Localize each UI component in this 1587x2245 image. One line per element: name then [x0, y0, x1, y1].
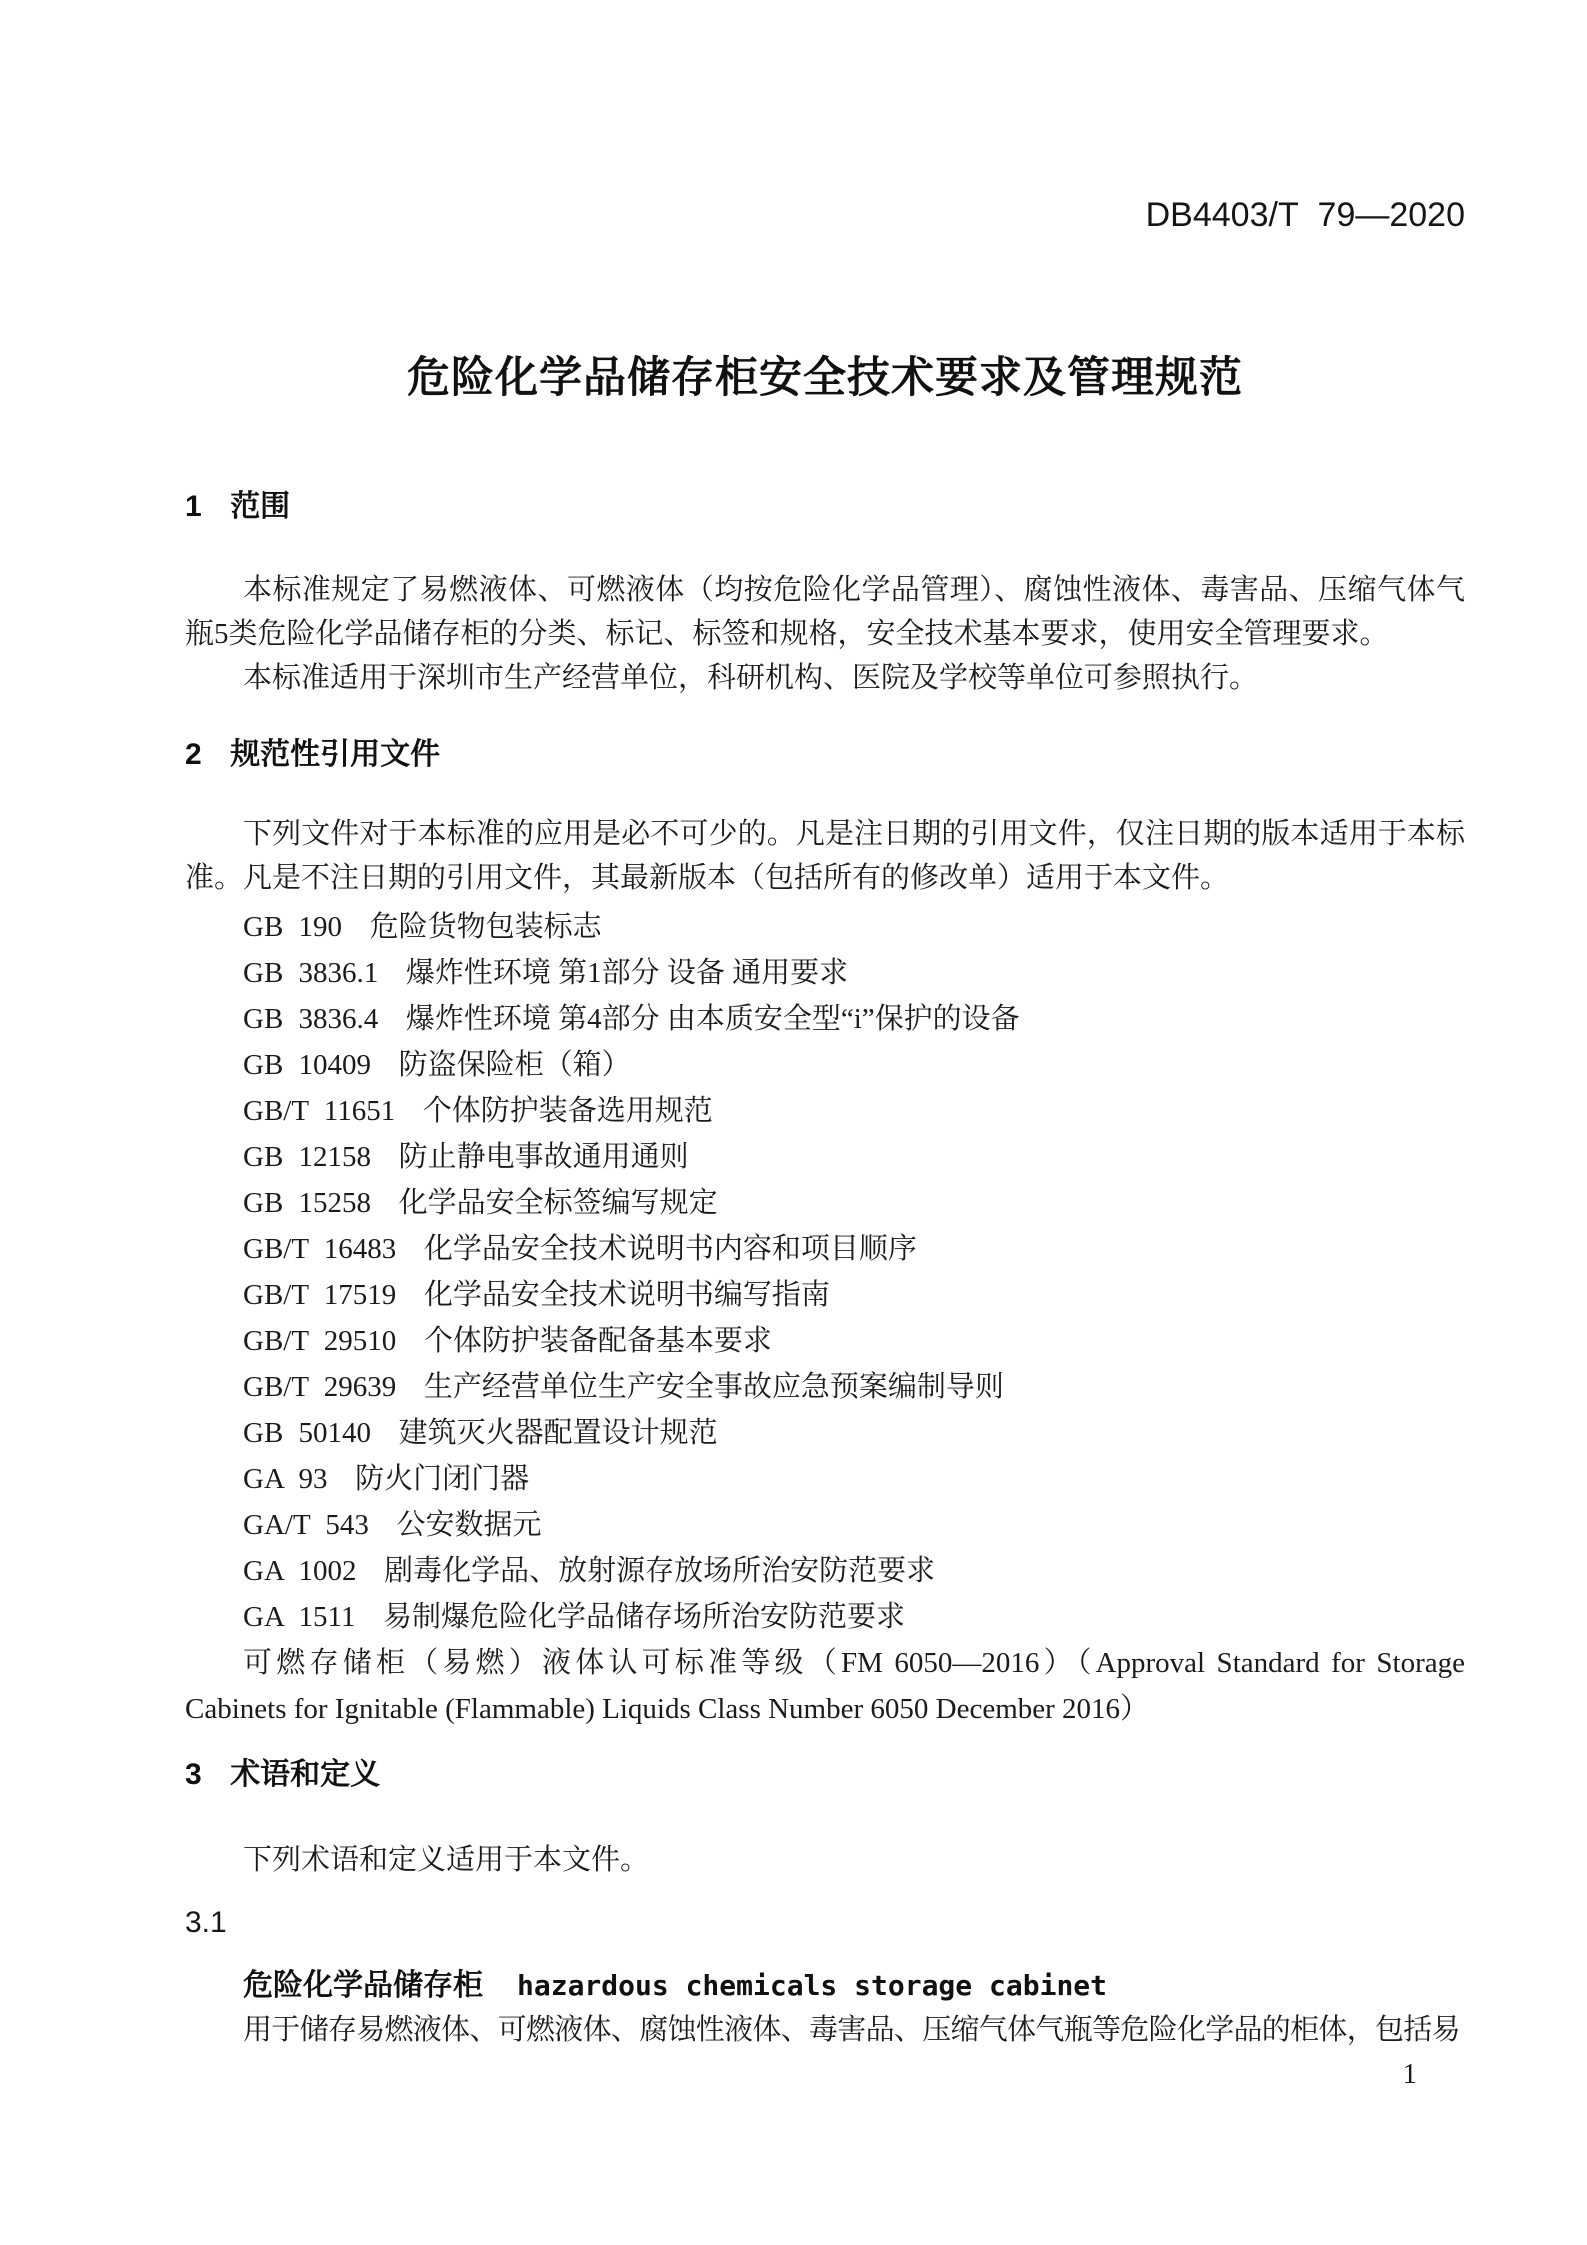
reference-code: GB 15258: [243, 1187, 371, 1219]
section-1-paragraph: 本标准适用于深圳市生产经营单位，科研机构、医院及学校等单位可参照执行。: [185, 656, 1465, 700]
reference-item: GB 50140建筑灭火器配置设计规范: [185, 1410, 1465, 1456]
reference-item: GB 190危险货物包装标志: [185, 904, 1465, 950]
reference-item: GB/T 29639生产经营单位生产安全事故应急预案编制导则: [185, 1364, 1465, 1410]
reference-code: GB 3836.4: [243, 1003, 378, 1035]
reference-title: 公安数据元: [396, 1509, 541, 1541]
reference-code: GA 1002: [243, 1555, 357, 1587]
reference-item: GB 10409防盗保险柜（箱）: [185, 1042, 1465, 1088]
term-en: hazardous chemicals storage cabinet: [517, 1969, 1107, 2002]
term-line: 危险化学品储存柜hazardous chemicals storage cabi…: [185, 1964, 1465, 2008]
section-3-label: 术语和定义: [230, 1758, 380, 1791]
section-2-label: 规范性引用文件: [230, 738, 440, 771]
reference-item: GA 1511易制爆危险化学品储存场所治安防范要求: [185, 1594, 1465, 1640]
reference-title: 剧毒化学品、放射源存放场所治安防范要求: [384, 1555, 935, 1587]
reference-code: GA 1511: [243, 1601, 355, 1633]
reference-code: GB 50140: [243, 1417, 371, 1449]
reference-code: GA/T 543: [243, 1509, 369, 1541]
reference-list: GB 190危险货物包装标志 GB 3836.1爆炸性环境 第1部分 设备 通用…: [185, 904, 1465, 1640]
section-3-intro: 下列术语和定义适用于本文件。: [185, 1838, 1465, 1882]
reference-item: GA/T 543公安数据元: [185, 1502, 1465, 1548]
reference-code: GB 12158: [243, 1141, 371, 1173]
reference-item: GA 1002剧毒化学品、放射源存放场所治安防范要求: [185, 1548, 1465, 1594]
reference-item: GA 93防火门闭门器: [185, 1456, 1465, 1502]
reference-code: GB 3836.1: [243, 957, 378, 989]
reference-code: GB/T 17519: [243, 1279, 396, 1311]
reference-code: GB 190: [243, 911, 342, 943]
reference-title: 防盗保险柜（箱）: [399, 1049, 631, 1081]
reference-title: 危险货物包装标志: [370, 911, 602, 943]
reference-item: GB 15258化学品安全标签编写规定: [185, 1180, 1465, 1226]
reference-code: GB/T 16483: [243, 1233, 396, 1265]
section-2-heading: 2规范性引用文件: [185, 738, 1465, 772]
section-2-number: 2: [185, 738, 202, 771]
reference-item: GB/T 17519化学品安全技术说明书编写指南: [185, 1272, 1465, 1318]
reference-code: GB/T 29639: [243, 1371, 396, 1403]
section-3-heading: 3术语和定义: [185, 1758, 1465, 1792]
reference-title: 易制爆危险化学品储存场所治安防范要求: [383, 1601, 905, 1633]
section-1-heading: 1范围: [185, 490, 1465, 524]
reference-title: 防止静电事故通用通则: [399, 1141, 689, 1173]
term-number: 3.1: [185, 1906, 1465, 1940]
reference-title: 建筑灭火器配置设计规范: [399, 1417, 718, 1449]
reference-item: GB/T 11651个体防护装备选用规范: [185, 1088, 1465, 1134]
section-1-label: 范围: [230, 490, 290, 523]
reference-item: GB 3836.4爆炸性环境 第4部分 由本质安全型“i”保护的设备: [185, 996, 1465, 1042]
reference-item: GB/T 16483化学品安全技术说明书内容和项目顺序: [185, 1226, 1465, 1272]
document-page: DB4403/T 79—2020 危险化学品储存柜安全技术要求及管理规范 1范围…: [0, 0, 1587, 2245]
doc-number: DB4403/T 79—2020: [185, 196, 1465, 234]
term-definition: 用于储存易燃液体、可燃液体、腐蚀性液体、毒害品、压缩气体气瓶等危险化学品的柜体，…: [185, 2008, 1465, 2052]
page-number: 1: [1403, 2058, 1418, 2091]
reference-title: 生产经营单位生产安全事故应急预案编制导则: [424, 1371, 1004, 1403]
page-content: DB4403/T 79—2020 危险化学品储存柜安全技术要求及管理规范 1范围…: [0, 0, 1587, 2052]
term-zh: 危险化学品储存柜: [243, 1969, 483, 2002]
reference-title: 爆炸性环境 第4部分 由本质安全型“i”保护的设备: [406, 1003, 1020, 1035]
reference-title: 爆炸性环境 第1部分 设备 通用要求: [406, 957, 848, 989]
section-2-intro: 下列文件对于本标准的应用是必不可少的。凡是注日期的引用文件，仅注日期的版本适用于…: [185, 812, 1465, 900]
reference-code: GA 93: [243, 1463, 328, 1495]
reference-item: GB/T 29510个体防护装备配备基本要求: [185, 1318, 1465, 1364]
section-1-body: 本标准规定了易燃液体、可燃液体（均按危险化学品管理）、腐蚀性液体、毒害品、压缩气…: [185, 568, 1465, 700]
section-1-paragraph: 本标准规定了易燃液体、可燃液体（均按危险化学品管理）、腐蚀性液体、毒害品、压缩气…: [185, 568, 1465, 656]
page-title: 危险化学品储存柜安全技术要求及管理规范: [185, 354, 1465, 402]
reference-title: 个体防护装备配备基本要求: [424, 1325, 772, 1357]
reference-item: GB 3836.1爆炸性环境 第1部分 设备 通用要求: [185, 950, 1465, 996]
reference-code: GB 10409: [243, 1049, 371, 1081]
reference-code: GB/T 11651: [243, 1095, 395, 1127]
reference-title: 化学品安全技术说明书内容和项目顺序: [424, 1233, 917, 1265]
fm-reference: 可燃存储柜（易燃）液体认可标准等级（FM 6050—2016）（Approval…: [185, 1640, 1465, 1732]
reference-title: 防火门闭门器: [355, 1463, 529, 1495]
section-3-number: 3: [185, 1758, 202, 1791]
reference-title: 化学品安全标签编写规定: [399, 1187, 718, 1219]
reference-item: GB 12158防止静电事故通用通则: [185, 1134, 1465, 1180]
reference-title: 个体防护装备选用规范: [423, 1095, 713, 1127]
reference-title: 化学品安全技术说明书编写指南: [424, 1279, 830, 1311]
reference-code: GB/T 29510: [243, 1325, 396, 1357]
section-1-number: 1: [185, 490, 202, 523]
